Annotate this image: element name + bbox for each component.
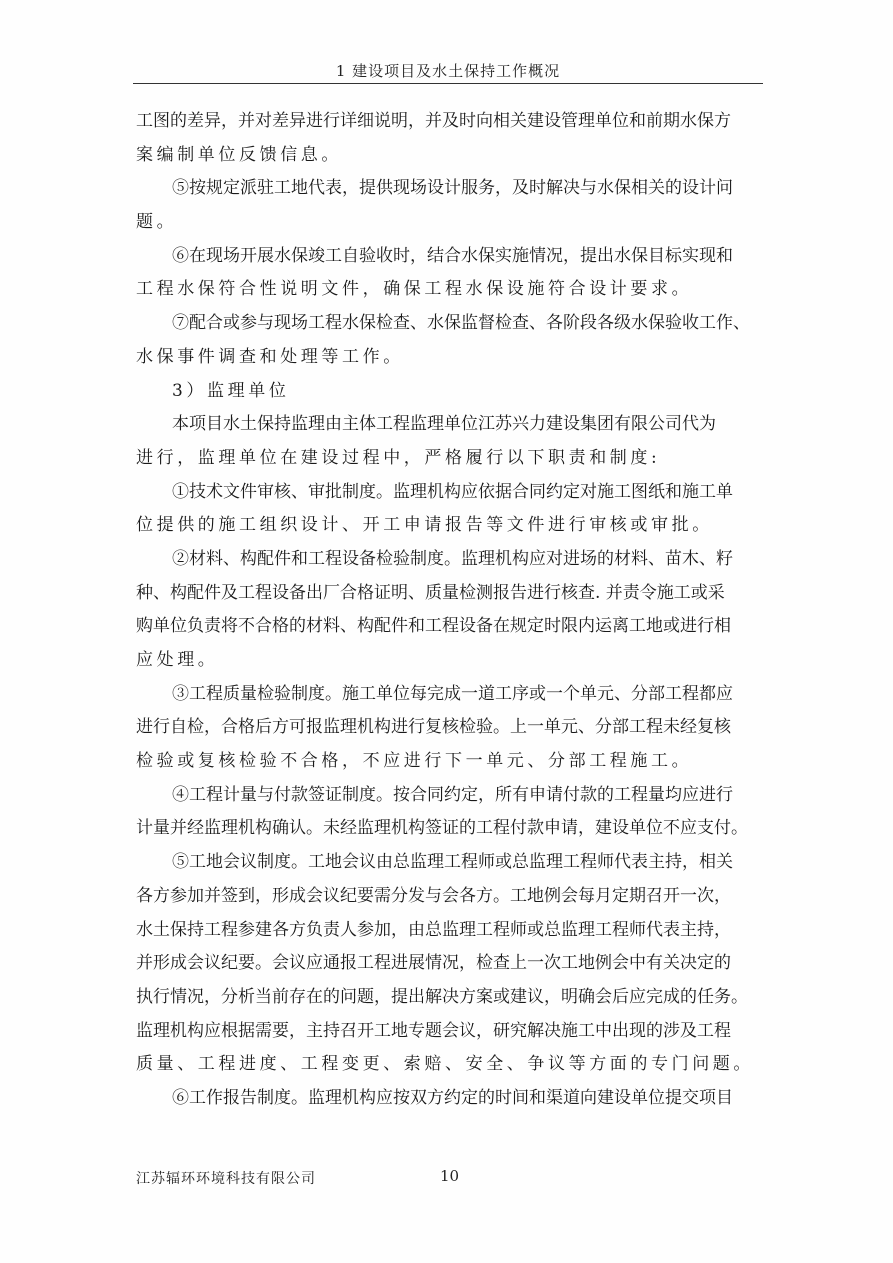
page-header-title: 1 建设项目及水土保持工作概况: [133, 60, 763, 81]
text-line: 并形成会议纪要。会议应通报工程进展情况，检查上一次工地例会中有关决定的: [136, 949, 757, 983]
text-line: 进行自检，合格后方可报监理机构进行复核检验。上一单元、分部工程未经复核: [136, 713, 757, 747]
text-line: ⑤按规定派驻工地代表，提供现场设计服务，及时解决与水保相关的设计问: [136, 174, 757, 208]
text-line: 水土保持工程参建各方负责人参加，由总监理工程师或总监理工程师代表主持，: [136, 916, 757, 950]
text-line: 计量并经监理机构确认。未经监理机构签证的工程付款申请，建设单位不应支付。: [136, 814, 757, 848]
page-number: 10: [440, 1167, 459, 1185]
text-line: 本项目水土保持监理由主体工程监理单位江苏兴力建设集团有限公司代为: [136, 410, 757, 444]
text-line: 进行，监理单位在建设过程中，严格履行以下职责和制度:: [136, 444, 757, 478]
text-line: 工图的差异，并对差异进行详细说明，并及时向相关建设管理单位和前期水保方: [136, 107, 757, 141]
text-line: ⑥在现场开展水保竣工自验收时，结合水保实施情况，提出水保目标实现和: [136, 242, 757, 276]
text-line: 位提供的施工组织设计、开工申请报告等文件进行审核或审批。: [136, 511, 757, 545]
text-line: 种、构配件及工程设备出厂合格证明、质量检测报告进行核查. 并责令施工或采: [136, 579, 757, 613]
text-line: ③工程质量检验制度。施工单位每完成一道工序或一个单元、分部工程都应: [136, 680, 757, 714]
text-line: ④工程计量与付款签证制度。按合同约定，所有申请付款的工程量均应进行: [136, 781, 757, 815]
header-divider: [133, 83, 763, 84]
text-line: 执行情况，分析当前存在的问题，提出解决方案或建议，明确会后应完成的任务。: [136, 983, 757, 1017]
text-line: 各方参加并签到，形成会议纪要需分发与会各方。工地例会每月定期召开一次，: [136, 882, 757, 916]
text-line: 水保事件调查和处理等工作。: [136, 343, 757, 377]
text-line: 工程水保符合性说明文件，确保工程水保设施符合设计要求。: [136, 275, 757, 309]
text-line: 应处理。: [136, 646, 757, 680]
text-line: ⑤工地会议制度。工地会议由总监理工程师或总监理工程师代表主持，相关: [136, 848, 757, 882]
text-line: 检验或复核检验不合格，不应进行下一单元、分部工程施工。: [136, 747, 757, 781]
text-line: 监理机构应根据需要，主持召开工地专题会议，研究解决施工中出现的涉及工程: [136, 1017, 757, 1051]
body-text: 工图的差异，并对差异进行详细说明，并及时向相关建设管理单位和前期水保方案编制单位…: [136, 107, 757, 1118]
document-page: 1 建设项目及水土保持工作概况 工图的差异，并对差异进行详细说明，并及时向相关建…: [0, 0, 893, 1263]
text-line: 题。: [136, 208, 757, 242]
footer-company-name: 江苏辐环环境科技有限公司: [136, 1168, 316, 1188]
text-line: ⑦配合或参与现场工程水保检查、水保监督检查、各阶段各级水保验收工作、: [136, 309, 757, 343]
text-line: ②材料、构配件和工程设备检验制度。监理机构应对进场的材料、苗木、籽: [136, 545, 757, 579]
text-line: ①技术文件审核、审批制度。监理机构应依据合同约定对施工图纸和施工单: [136, 478, 757, 512]
text-line: 案编制单位反馈信息。: [136, 141, 757, 175]
text-line: 3）监理单位: [136, 377, 757, 411]
text-line: 购单位负责将不合格的材料、构配件和工程设备在规定时限内运离工地或进行相: [136, 612, 757, 646]
text-line: 质量、工程进度、工程变更、索赔、安全、争议等方面的专门问题。: [136, 1050, 757, 1084]
text-line: ⑥工作报告制度。监理机构应按双方约定的时间和渠道向建设单位提交项目: [136, 1084, 757, 1118]
